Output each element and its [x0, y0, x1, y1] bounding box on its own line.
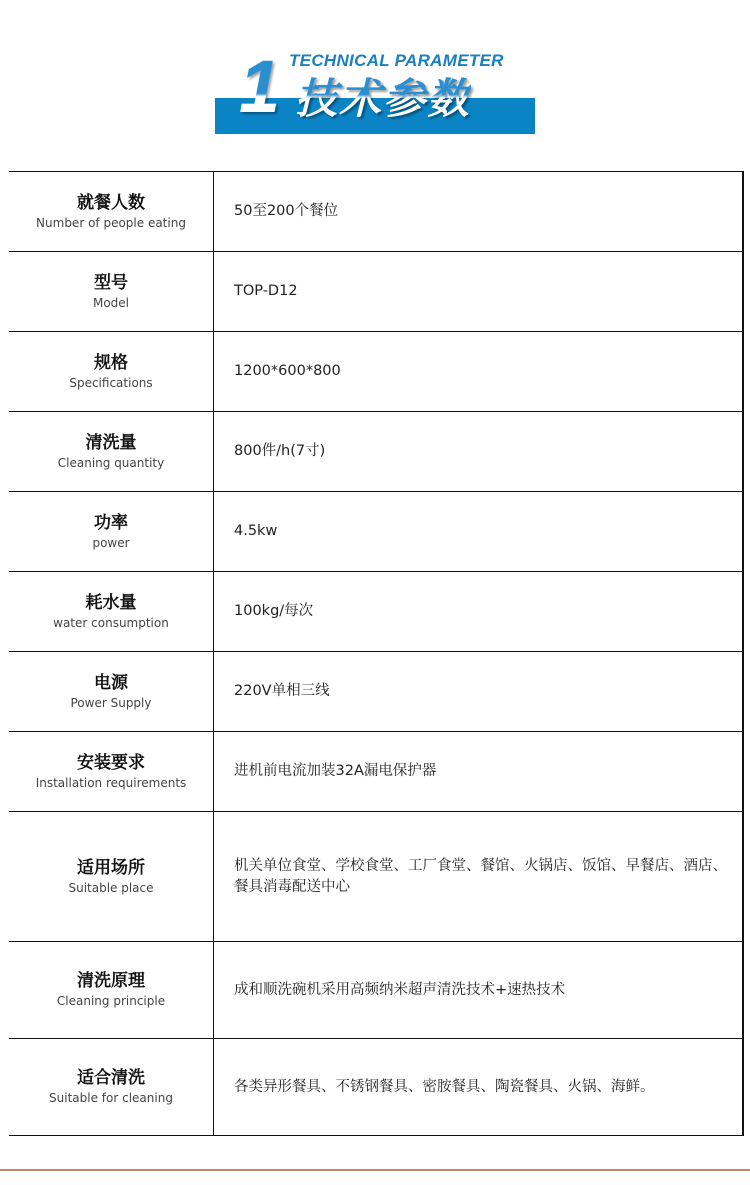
- spec-value: 800件/h(7寸): [214, 412, 742, 491]
- spec-label-cn: 清洗量: [86, 432, 137, 454]
- spec-value: 220V单相三线: [214, 652, 742, 731]
- spec-value: 成和顺洗碗机采用高频纳米超声清洗技术+速热技术: [214, 942, 742, 1038]
- spec-value: 100kg/每次: [214, 572, 742, 651]
- spec-value: 进机前电流加装32A漏电保护器: [214, 732, 742, 811]
- spec-label-en: Power Supply: [71, 695, 152, 712]
- spec-label-en: Installation requirements: [36, 775, 187, 792]
- spec-label: 清洗原理 Cleaning principle: [9, 942, 214, 1038]
- spec-row-power-supply: 电源 Power Supply 220V单相三线: [9, 652, 742, 732]
- spec-value: 4.5kw: [214, 492, 742, 571]
- spec-label-en: water consumption: [53, 615, 169, 632]
- spec-value: TOP-D12: [214, 252, 742, 331]
- spec-value: 50至200个餐位: [214, 172, 742, 251]
- spec-label-en: Cleaning principle: [57, 993, 165, 1010]
- footer-area: [0, 1171, 750, 1185]
- spec-label-en: Specifications: [69, 375, 152, 392]
- spec-value: 各类异形餐具、不锈钢餐具、密胺餐具、陶瓷餐具、火锅、海鲜。: [214, 1039, 742, 1135]
- spec-label-en: Number of people eating: [36, 215, 186, 232]
- spec-label: 安装要求 Installation requirements: [9, 732, 214, 811]
- spec-value: 机关单位食堂、学校食堂、工厂食堂、餐馆、火锅店、饭馆、早餐店、酒店、餐具消毒配送…: [214, 812, 742, 941]
- spec-label-en: Suitable for cleaning: [49, 1090, 173, 1107]
- spec-label-en: Model: [93, 295, 129, 312]
- spec-label-cn: 清洗原理: [77, 970, 145, 992]
- spec-label-cn: 型号: [94, 272, 128, 294]
- spec-label-cn: 安装要求: [77, 752, 145, 774]
- banner-section-number: 1: [239, 47, 280, 127]
- spec-label: 规格 Specifications: [9, 332, 214, 411]
- spec-label-cn: 功率: [94, 512, 128, 534]
- spec-label: 适合清洗 Suitable for cleaning: [9, 1039, 214, 1135]
- section-header-banner: TECHNICAL PARAMETER 1 技术参数: [215, 45, 535, 135]
- spec-label: 就餐人数 Number of people eating: [9, 172, 214, 251]
- spec-label-cn: 就餐人数: [77, 192, 145, 214]
- spec-table: 就餐人数 Number of people eating 50至200个餐位 型…: [9, 171, 744, 1136]
- spec-row-specifications: 规格 Specifications 1200*600*800: [9, 332, 742, 412]
- spec-value: 1200*600*800: [214, 332, 742, 411]
- spec-label: 型号 Model: [9, 252, 214, 331]
- spec-label-en: power: [92, 535, 129, 552]
- spec-row-installation: 安装要求 Installation requirements 进机前电流加装32…: [9, 732, 742, 812]
- banner-title-cn: 技术参数: [295, 71, 471, 127]
- spec-row-cleaning-principle: 清洗原理 Cleaning principle 成和顺洗碗机采用高频纳米超声清洗…: [9, 942, 742, 1039]
- spec-label-en: Suitable place: [68, 880, 153, 897]
- spec-label-cn: 电源: [94, 672, 128, 694]
- spec-label-cn: 适合清洗: [77, 1067, 145, 1089]
- spec-row-model: 型号 Model TOP-D12: [9, 252, 742, 332]
- spec-row-power: 功率 power 4.5kw: [9, 492, 742, 572]
- spec-row-suitable-place: 适用场所 Suitable place 机关单位食堂、学校食堂、工厂食堂、餐馆、…: [9, 812, 742, 942]
- spec-label-cn: 适用场所: [77, 857, 145, 879]
- spec-row-cleaning-quantity: 清洗量 Cleaning quantity 800件/h(7寸): [9, 412, 742, 492]
- spec-label: 电源 Power Supply: [9, 652, 214, 731]
- spec-row-water-consumption: 耗水量 water consumption 100kg/每次: [9, 572, 742, 652]
- spec-label: 耗水量 water consumption: [9, 572, 214, 651]
- spec-label: 清洗量 Cleaning quantity: [9, 412, 214, 491]
- spec-label: 适用场所 Suitable place: [9, 812, 214, 941]
- spec-label: 功率 power: [9, 492, 214, 571]
- spec-row-suitable-for-cleaning: 适合清洗 Suitable for cleaning 各类异形餐具、不锈钢餐具、…: [9, 1039, 742, 1136]
- spec-label-cn: 耗水量: [86, 592, 137, 614]
- spec-label-en: Cleaning quantity: [58, 455, 164, 472]
- spec-label-cn: 规格: [94, 352, 128, 374]
- spec-row-diners: 就餐人数 Number of people eating 50至200个餐位: [9, 172, 742, 252]
- banner-title-en: TECHNICAL PARAMETER: [289, 51, 504, 71]
